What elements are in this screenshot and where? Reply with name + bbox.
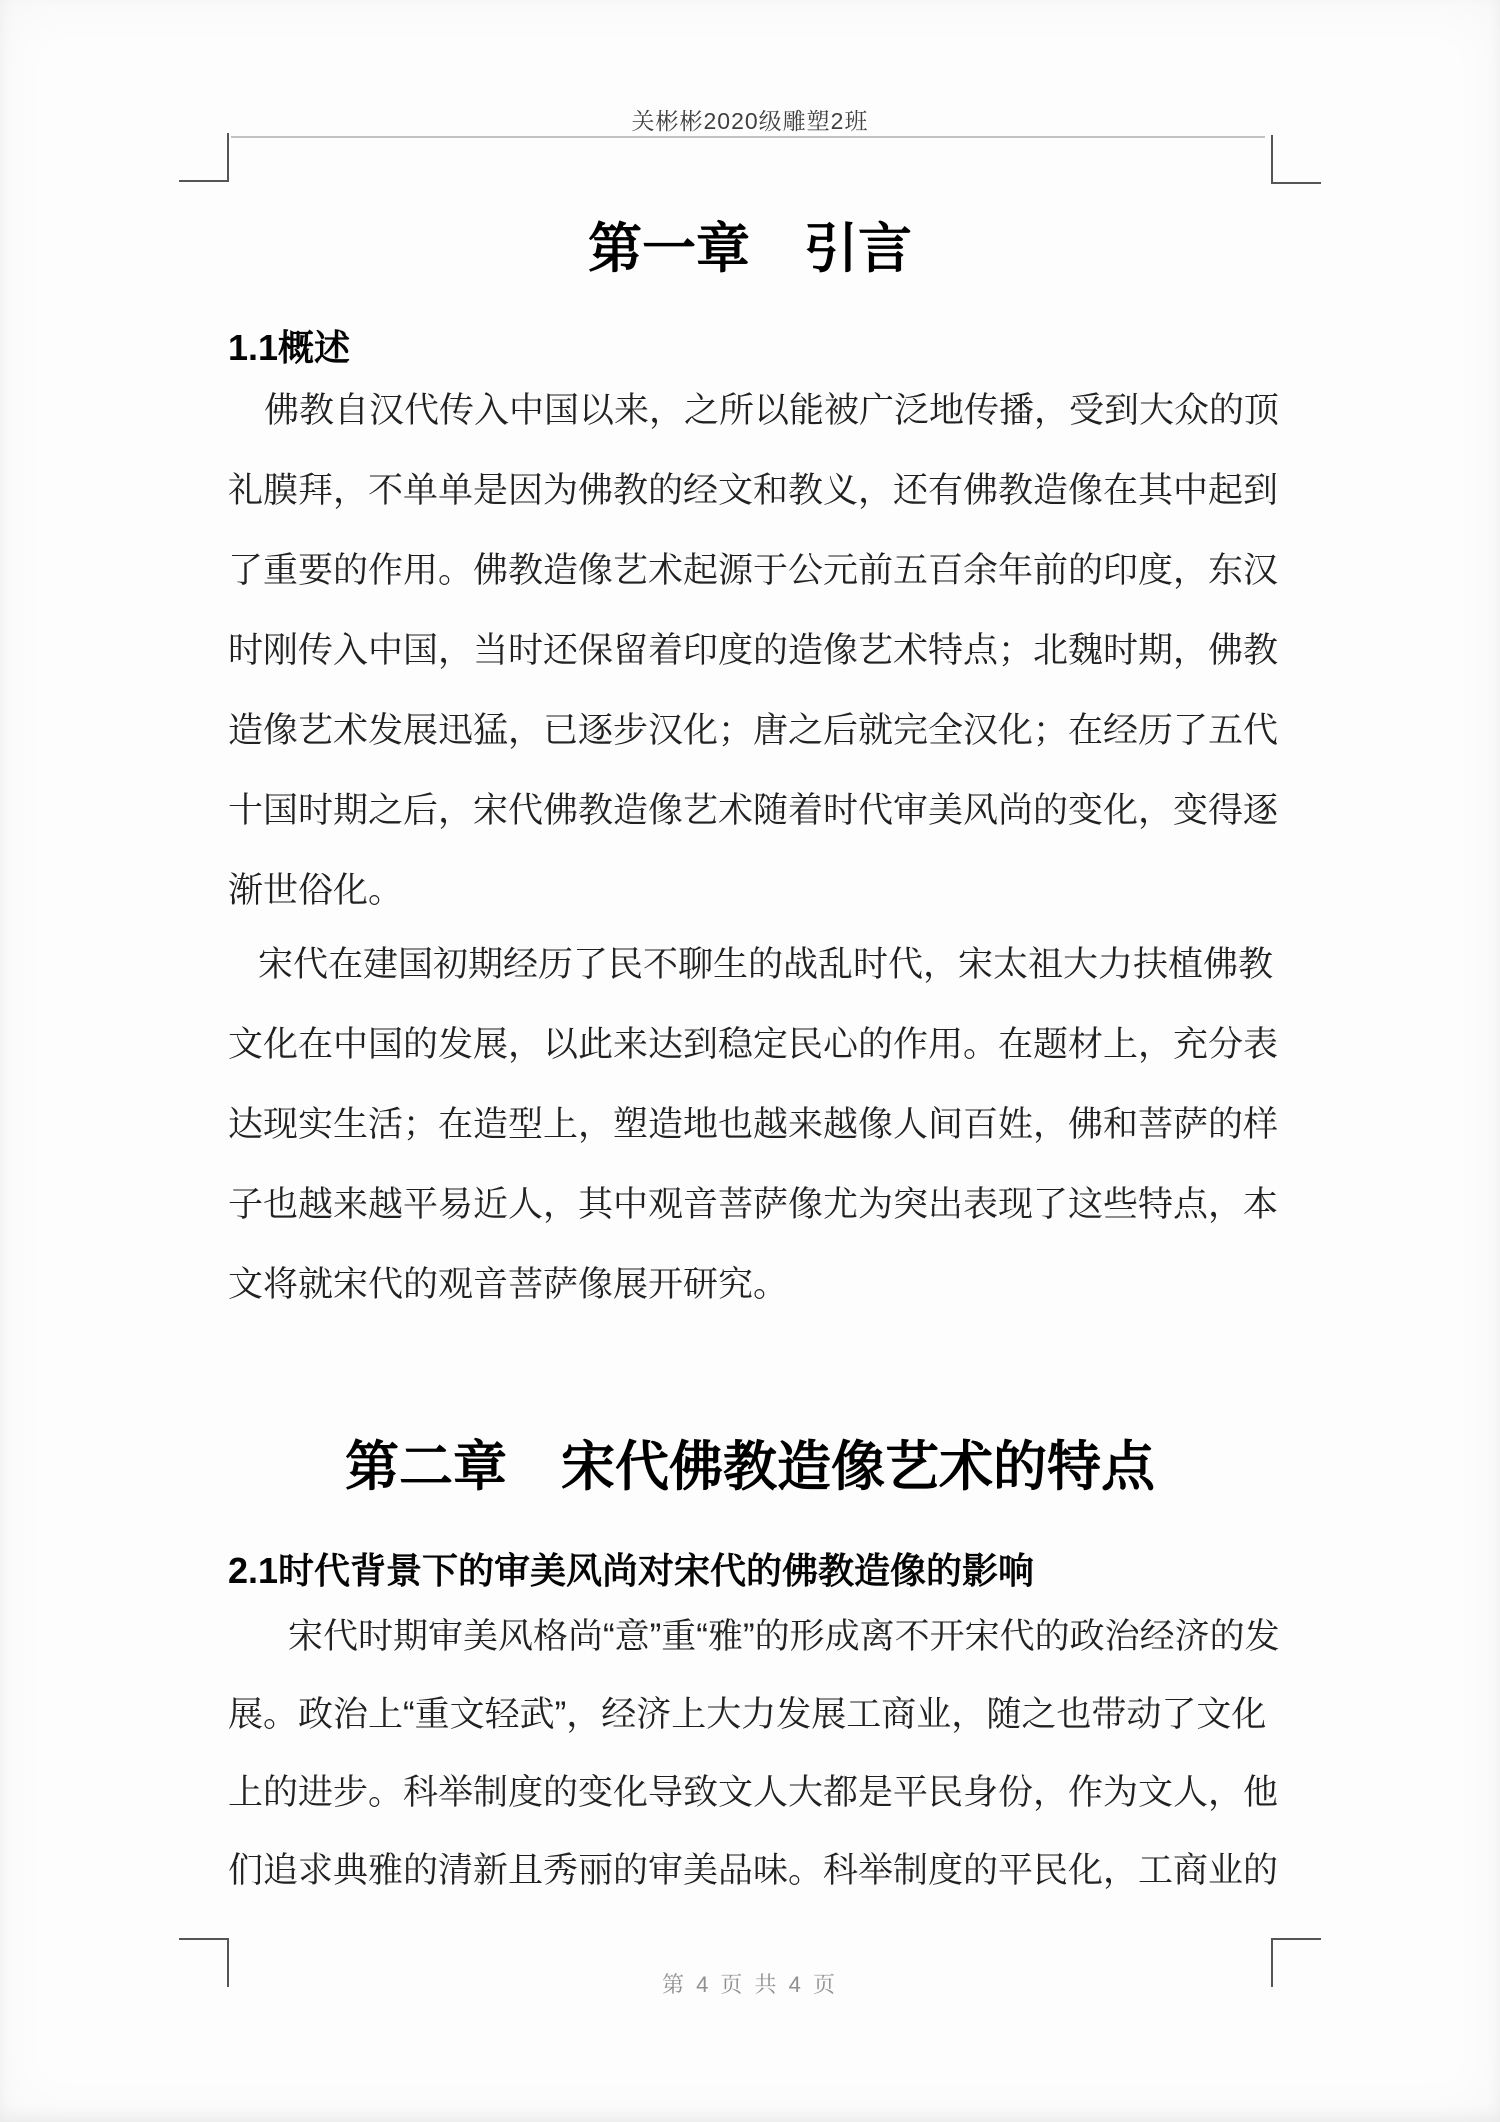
page-header: 关彬彬2020级雕塑2班 — [0, 103, 1500, 136]
text-boundary-mark-top-right — [1271, 135, 1321, 184]
section-heading-2-1: 2.1时代背景下的审美风尚对宋代的佛教造像的影响 — [228, 1543, 1034, 1594]
text-line: 子也越来越平易近人，其中观音菩萨像尤为突出表现了这些特点，本 — [228, 1165, 1278, 1245]
chapter1-title: 第一章 引言 — [0, 206, 1500, 283]
text-line: 十国时期之后，宋代佛教造像艺术随着时代审美风尚的变化，变得逐 — [228, 771, 1278, 851]
paragraph-3: 宋代时期审美风格尚“意”重“雅”的形成离不开宋代的政治经济的发展。政治上“重文轻… — [228, 1598, 1278, 1910]
text-line: 礼膜拜，不单单是因为佛教的经文和教义，还有佛教造像在其中起到 — [228, 451, 1278, 531]
section-heading-1-1: 1.1概述 — [228, 320, 350, 371]
page-number-footer: 第 4 页 共 4 页 — [0, 1968, 1500, 1999]
text-line: 了重要的作用。佛教造像艺术起源于公元前五百余年前的印度，东汉 — [228, 531, 1278, 611]
document-page: 关彬彬2020级雕塑2班 第一章 引言 1.1概述 佛教自汉代传入中国以来，之所… — [0, 0, 1500, 2122]
text-line: 们追求典雅的清新且秀丽的审美品味。科举制度的平民化，工商业的 — [228, 1832, 1278, 1910]
text-boundary-mark-top-left — [179, 133, 229, 182]
paragraph-1: 佛教自汉代传入中国以来，之所以能被广泛地传播，受到大众的顶礼膜拜，不单单是因为佛… — [228, 371, 1278, 931]
chapter2-title: 第二章 宋代佛教造像艺术的特点 — [0, 1424, 1500, 1501]
text-line: 展。政治上“重文轻武”，经济上大力发展工商业，随之也带动了文化 — [228, 1676, 1278, 1754]
text-line: 上的进步。科举制度的变化导致文人大都是平民身份，作为文人，他 — [228, 1754, 1278, 1832]
text-line: 时刚传入中国，当时还保留着印度的造像艺术特点；北魏时期，佛教 — [228, 611, 1278, 691]
text-line: 达现实生活；在造型上，塑造地也越来越像人间百姓，佛和菩萨的样 — [228, 1085, 1278, 1165]
text-line: 渐世俗化。 — [228, 851, 1278, 931]
text-line: 宋代时期审美风格尚“意”重“雅”的形成离不开宋代的政治经济的发 — [228, 1598, 1278, 1676]
text-line: 佛教自汉代传入中国以来，之所以能被广泛地传播，受到大众的顶 — [228, 371, 1278, 451]
text-line: 文将就宋代的观音菩萨像展开研究。 — [228, 1245, 1278, 1325]
text-line: 造像艺术发展迅猛，已逐步汉化；唐之后就完全汉化；在经历了五代 — [228, 691, 1278, 771]
header-divider-line — [231, 136, 1265, 138]
text-line: 文化在中国的发展，以此来达到稳定民心的作用。在题材上，充分表 — [228, 1005, 1278, 1085]
paragraph-2: 宋代在建国初期经历了民不聊生的战乱时代，宋太祖大力扶植佛教文化在中国的发展，以此… — [228, 925, 1278, 1325]
text-line: 宋代在建国初期经历了民不聊生的战乱时代，宋太祖大力扶植佛教 — [228, 925, 1278, 1005]
